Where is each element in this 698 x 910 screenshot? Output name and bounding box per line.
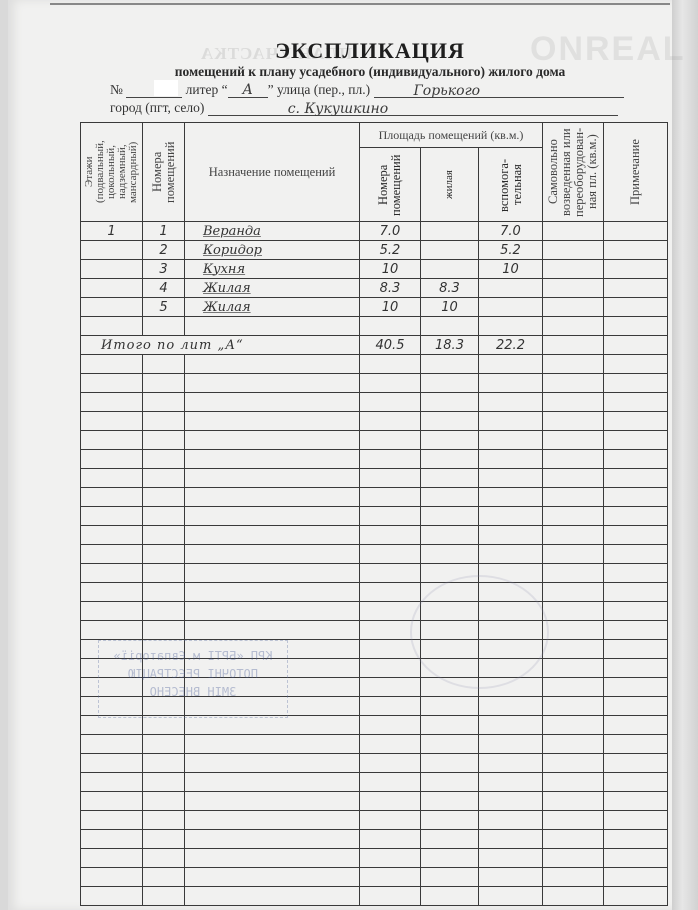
- city-label: город (пгт, село): [110, 100, 204, 115]
- empty-cell: [421, 773, 479, 792]
- empty-cell: [604, 602, 668, 621]
- room-number-cell: 3: [143, 260, 185, 279]
- page-top-edge: [50, 3, 670, 5]
- document-title: ЭКСПЛИКАЦИЯ: [0, 38, 698, 64]
- street-label: ” улица (пер., пл.): [268, 82, 371, 97]
- unauthorized-cell: [543, 260, 604, 279]
- empty-cell: [185, 621, 360, 640]
- empty-cell: [604, 450, 668, 469]
- empty-cell: [143, 545, 185, 564]
- city-value: с. Кукушкино: [208, 101, 618, 116]
- empty-cell: [185, 488, 360, 507]
- empty-cell: [479, 507, 543, 526]
- empty-cell: [143, 830, 185, 849]
- empty-cell: [604, 564, 668, 583]
- empty-cell: [81, 849, 143, 868]
- empty-cell: [185, 735, 360, 754]
- unauthorized-cell: [543, 222, 604, 241]
- empty-cell: [604, 849, 668, 868]
- empty-cell: [479, 526, 543, 545]
- table-row: 1 1 Веранда 7.0 7.0: [81, 222, 668, 241]
- empty-cell: [81, 583, 143, 602]
- empty-cell: [81, 716, 143, 735]
- empty-cell: [360, 374, 421, 393]
- empty-cell: [185, 754, 360, 773]
- room-name-cell: Коридор: [185, 241, 360, 260]
- empty-cell: [185, 469, 360, 488]
- empty-cell: [479, 754, 543, 773]
- empty-cell: [543, 393, 604, 412]
- empty-cell: [360, 716, 421, 735]
- empty-cell: [81, 830, 143, 849]
- area-aux-cell: 5.2: [479, 241, 543, 260]
- empty-cell: [604, 754, 668, 773]
- header-area-auxiliary: вспомога-тельная: [479, 148, 543, 222]
- unauthorized-cell: [543, 241, 604, 260]
- empty-cell: [421, 431, 479, 450]
- empty-cell: [185, 830, 360, 849]
- table-row-empty: [81, 830, 668, 849]
- empty-cell: [143, 602, 185, 621]
- empty-cell: [143, 735, 185, 754]
- empty-cell: [479, 792, 543, 811]
- stamp-line-1: КРП «БРТІ м.Євпаторії»: [99, 647, 287, 665]
- empty-cell: [421, 374, 479, 393]
- empty-cell: [604, 507, 668, 526]
- empty-cell: [604, 811, 668, 830]
- empty-cell: [360, 412, 421, 431]
- empty-cell: [143, 868, 185, 887]
- empty-cell: [543, 849, 604, 868]
- unauthorized-cell: [543, 279, 604, 298]
- empty-cell: [143, 849, 185, 868]
- empty-cell: [360, 469, 421, 488]
- empty-cell: [479, 849, 543, 868]
- table-row-empty: [81, 792, 668, 811]
- empty-cell: [604, 659, 668, 678]
- table-row-empty: [81, 507, 668, 526]
- floor-cell: [81, 260, 143, 279]
- empty-cell: [543, 431, 604, 450]
- table-row-empty: [81, 773, 668, 792]
- registration-stamp: КРП «БРТІ м.Євпаторії» ПОТОЧНІ РЕЄСТРАЦІ…: [98, 640, 288, 718]
- note-cell: [604, 260, 668, 279]
- table-row-empty: [81, 735, 668, 754]
- floor-cell: [81, 298, 143, 317]
- page-edge: [672, 0, 698, 910]
- empty-cell: [360, 830, 421, 849]
- empty-cell: [143, 583, 185, 602]
- room-name-cell: Кухня: [185, 260, 360, 279]
- empty-cell: [185, 716, 360, 735]
- empty-cell: [543, 735, 604, 754]
- table-row-empty: [81, 526, 668, 545]
- room-name-cell: Веранда: [185, 222, 360, 241]
- empty-cell: [479, 697, 543, 716]
- empty-cell: [604, 887, 668, 906]
- room-name-cell: Жилая: [185, 298, 360, 317]
- letter-label: литер “: [186, 82, 228, 97]
- empty-cell: [360, 811, 421, 830]
- table-row-empty: [81, 716, 668, 735]
- empty-cell: [421, 412, 479, 431]
- note-cell: [604, 298, 668, 317]
- empty-cell: [360, 887, 421, 906]
- area-living-cell: [421, 260, 479, 279]
- empty-cell: [421, 355, 479, 374]
- empty-cell: [360, 488, 421, 507]
- empty-cell: [143, 716, 185, 735]
- empty-cell: [143, 355, 185, 374]
- empty-cell: [479, 735, 543, 754]
- area-aux-cell: [479, 279, 543, 298]
- empty-cell: [421, 849, 479, 868]
- empty-cell: [81, 602, 143, 621]
- empty-cell: [479, 393, 543, 412]
- empty-cell: [421, 488, 479, 507]
- table-row-empty: [81, 811, 668, 830]
- table-row: 2 Коридор 5.2 5.2: [81, 241, 668, 260]
- empty-cell: [143, 412, 185, 431]
- header-unauthorized: Самовольно возведенная или переоборудова…: [543, 123, 604, 222]
- total-row: Итого по лит „А“ 40.5 18.3 22.2: [81, 336, 668, 355]
- empty-cell: [185, 412, 360, 431]
- empty-cell: [360, 773, 421, 792]
- empty-cell: [421, 450, 479, 469]
- empty-cell: [604, 792, 668, 811]
- total-living-cell: 18.3: [421, 336, 479, 355]
- empty-cell: [543, 374, 604, 393]
- empty-cell: [185, 545, 360, 564]
- empty-cell: [604, 545, 668, 564]
- empty-cell: [143, 469, 185, 488]
- area-living-cell: 10: [421, 298, 479, 317]
- area-living-cell: 8.3: [421, 279, 479, 298]
- empty-cell: [81, 431, 143, 450]
- empty-cell: [543, 754, 604, 773]
- empty-cell: [143, 773, 185, 792]
- empty-cell: [479, 450, 543, 469]
- empty-cell: [360, 868, 421, 887]
- empty-cell: [604, 716, 668, 735]
- empty-cell: [81, 469, 143, 488]
- empty-cell: [604, 621, 668, 640]
- empty-cell: [543, 545, 604, 564]
- empty-cell: [543, 526, 604, 545]
- empty-cell: [81, 507, 143, 526]
- empty-cell: [543, 697, 604, 716]
- empty-cell: [143, 393, 185, 412]
- empty-cell: [604, 830, 668, 849]
- empty-cell: [421, 526, 479, 545]
- empty-cell: [360, 697, 421, 716]
- empty-cell: [143, 564, 185, 583]
- empty-cell: [185, 526, 360, 545]
- empty-cell: [185, 773, 360, 792]
- empty-cell: [543, 507, 604, 526]
- table-row-empty: [81, 868, 668, 887]
- floor-cell: 1: [81, 222, 143, 241]
- street-value: Горького: [374, 83, 624, 98]
- empty-cell: [185, 393, 360, 412]
- header-purpose: Назначение помещений: [185, 123, 360, 222]
- empty-cell: [81, 412, 143, 431]
- empty-cell: [360, 792, 421, 811]
- empty-cell: [543, 830, 604, 849]
- empty-cell: [360, 545, 421, 564]
- table-row-empty: [81, 488, 668, 507]
- area-living-cell: [421, 241, 479, 260]
- table-row: 3 Кухня 10 10: [81, 260, 668, 279]
- area-living-cell: [421, 222, 479, 241]
- empty-cell: [604, 393, 668, 412]
- empty-cell: [543, 811, 604, 830]
- stamp-line-3: ЗМІН ВНЕСЕНО: [99, 683, 287, 701]
- table-row-empty: [81, 412, 668, 431]
- empty-cell: [185, 431, 360, 450]
- empty-cell: [360, 754, 421, 773]
- empty-cell: [543, 773, 604, 792]
- empty-cell: [185, 849, 360, 868]
- note-cell: [604, 279, 668, 298]
- empty-cell: [479, 355, 543, 374]
- empty-cell: [185, 602, 360, 621]
- empty-cell: [143, 374, 185, 393]
- header-room-numbers: Номера помещений: [143, 123, 185, 222]
- empty-cell: [421, 754, 479, 773]
- empty-cell: [543, 469, 604, 488]
- empty-cell: [604, 678, 668, 697]
- city-line: город (пгт, село) с. Кукушкино: [110, 100, 618, 116]
- total-aux-cell: 22.2: [479, 336, 543, 355]
- room-number-cell: 4: [143, 279, 185, 298]
- header-area-living: жилая: [421, 148, 479, 222]
- empty-cell: [421, 792, 479, 811]
- note-cell: [604, 222, 668, 241]
- empty-cell: [185, 450, 360, 469]
- number-field: [126, 82, 182, 98]
- table-row-empty: [81, 393, 668, 412]
- empty-cell: [604, 355, 668, 374]
- empty-cell: [604, 735, 668, 754]
- empty-cell: [479, 412, 543, 431]
- empty-cell: [185, 374, 360, 393]
- empty-cell: [143, 488, 185, 507]
- empty-cell: [604, 773, 668, 792]
- empty-cell: [360, 564, 421, 583]
- note-cell: [604, 241, 668, 260]
- empty-cell: [81, 887, 143, 906]
- empty-cell: [543, 488, 604, 507]
- empty-cell: [81, 811, 143, 830]
- table-row-empty: [81, 545, 668, 564]
- document-subtitle: помещений к плану усадебного (индивидуал…: [0, 64, 698, 80]
- empty-cell: [143, 792, 185, 811]
- number-label: №: [110, 82, 123, 97]
- empty-cell: [185, 564, 360, 583]
- empty-cell: [543, 355, 604, 374]
- header-area-total: Номера помещений: [360, 148, 421, 222]
- empty-cell: [360, 849, 421, 868]
- empty-cell: [143, 507, 185, 526]
- empty-cell: [360, 393, 421, 412]
- empty-cell: [604, 640, 668, 659]
- empty-cell: [604, 488, 668, 507]
- empty-cell: [421, 735, 479, 754]
- table-row-empty: [81, 621, 668, 640]
- area-total-cell: 8.3: [360, 279, 421, 298]
- empty-cell: [421, 716, 479, 735]
- table-row-empty: [81, 355, 668, 374]
- empty-cell: [143, 450, 185, 469]
- empty-cell: [185, 868, 360, 887]
- empty-cell: [421, 507, 479, 526]
- table-row-empty: [81, 754, 668, 773]
- empty-cell: [479, 773, 543, 792]
- empty-cell: [604, 868, 668, 887]
- empty-cell: [479, 887, 543, 906]
- empty-cell: [81, 564, 143, 583]
- redacted-number: [154, 80, 178, 96]
- empty-cell: [143, 754, 185, 773]
- table-row-empty: [81, 564, 668, 583]
- empty-cell: [479, 716, 543, 735]
- table-row-empty: [81, 431, 668, 450]
- empty-cell: [479, 811, 543, 830]
- table-row: 4 Жилая 8.3 8.3: [81, 279, 668, 298]
- empty-cell: [143, 431, 185, 450]
- room-number-cell: 1: [143, 222, 185, 241]
- table-row-empty: [81, 469, 668, 488]
- area-total-cell: 10: [360, 298, 421, 317]
- table-row-empty: [81, 317, 668, 336]
- empty-cell: [185, 583, 360, 602]
- empty-cell: [543, 868, 604, 887]
- letter-value: А: [228, 82, 268, 98]
- room-number-cell: 5: [143, 298, 185, 317]
- empty-cell: [604, 583, 668, 602]
- empty-cell: [81, 488, 143, 507]
- empty-cell: [604, 697, 668, 716]
- explication-table: Этажи (подвальный, цокольный, надземный,…: [80, 122, 668, 906]
- room-number-cell: 2: [143, 241, 185, 260]
- stamp-line-2: ПОТОЧНІ РЕЄСТРАЦІЮ: [99, 665, 287, 683]
- header-floors: Этажи (подвальный, цокольный, надземный,…: [81, 123, 143, 222]
- empty-cell: [81, 355, 143, 374]
- header-area-group: Площадь помещений (кв.м.): [360, 123, 543, 148]
- empty-cell: [360, 431, 421, 450]
- area-aux-cell: [479, 298, 543, 317]
- empty-cell: [479, 868, 543, 887]
- empty-cell: [421, 469, 479, 488]
- empty-cell: [421, 811, 479, 830]
- table-row-empty: [81, 602, 668, 621]
- empty-cell: [81, 773, 143, 792]
- area-total-cell: 10: [360, 260, 421, 279]
- empty-cell: [360, 735, 421, 754]
- empty-cell: [543, 602, 604, 621]
- empty-cell: [604, 469, 668, 488]
- empty-cell: [543, 621, 604, 640]
- empty-cell: [543, 640, 604, 659]
- empty-cell: [81, 621, 143, 640]
- empty-cell: [143, 887, 185, 906]
- empty-cell: [81, 393, 143, 412]
- total-unauthorized-cell: [543, 336, 604, 355]
- empty-cell: [421, 868, 479, 887]
- table-row-empty: [81, 450, 668, 469]
- empty-cell: [81, 450, 143, 469]
- empty-cell: [185, 811, 360, 830]
- empty-cell: [81, 545, 143, 564]
- empty-cell: [479, 469, 543, 488]
- empty-cell: [81, 754, 143, 773]
- empty-cell: [185, 507, 360, 526]
- empty-cell: [543, 412, 604, 431]
- empty-cell: [81, 868, 143, 887]
- area-total-cell: 7.0: [360, 222, 421, 241]
- empty-cell: [421, 545, 479, 564]
- total-area-cell: 40.5: [360, 336, 421, 355]
- empty-cell: [360, 450, 421, 469]
- empty-cell: [360, 526, 421, 545]
- header-notes: Примечание: [604, 123, 668, 222]
- empty-cell: [421, 887, 479, 906]
- empty-cell: [143, 526, 185, 545]
- empty-cell: [543, 678, 604, 697]
- area-aux-cell: 10: [479, 260, 543, 279]
- empty-cell: [543, 716, 604, 735]
- address-line: № литер “А” улица (пер., пл.) Горького: [110, 82, 624, 98]
- empty-cell: [421, 697, 479, 716]
- empty-cell: [543, 659, 604, 678]
- empty-cell: [360, 659, 421, 678]
- empty-cell: [479, 830, 543, 849]
- empty-cell: [360, 355, 421, 374]
- empty-cell: [421, 830, 479, 849]
- floor-cell: [81, 241, 143, 260]
- empty-cell: [185, 792, 360, 811]
- round-stamp-faint: [410, 575, 549, 689]
- table-row-empty: [81, 583, 668, 602]
- empty-cell: [604, 526, 668, 545]
- empty-cell: [604, 431, 668, 450]
- total-label: Итого по лит „А“: [81, 336, 360, 355]
- empty-cell: [543, 583, 604, 602]
- floor-cell: [81, 279, 143, 298]
- unauthorized-cell: [543, 298, 604, 317]
- table-row-empty: [81, 374, 668, 393]
- empty-cell: [479, 374, 543, 393]
- table-row-empty: [81, 849, 668, 868]
- empty-cell: [604, 412, 668, 431]
- empty-cell: [479, 488, 543, 507]
- empty-cell: [479, 431, 543, 450]
- area-total-cell: 5.2: [360, 241, 421, 260]
- empty-cell: [360, 678, 421, 697]
- empty-cell: [479, 545, 543, 564]
- empty-cell: [143, 811, 185, 830]
- empty-cell: [81, 374, 143, 393]
- empty-cell: [81, 526, 143, 545]
- empty-cell: [421, 393, 479, 412]
- empty-cell: [81, 735, 143, 754]
- empty-cell: [185, 887, 360, 906]
- empty-cell: [543, 792, 604, 811]
- empty-cell: [543, 887, 604, 906]
- empty-cell: [360, 583, 421, 602]
- empty-cell: [543, 450, 604, 469]
